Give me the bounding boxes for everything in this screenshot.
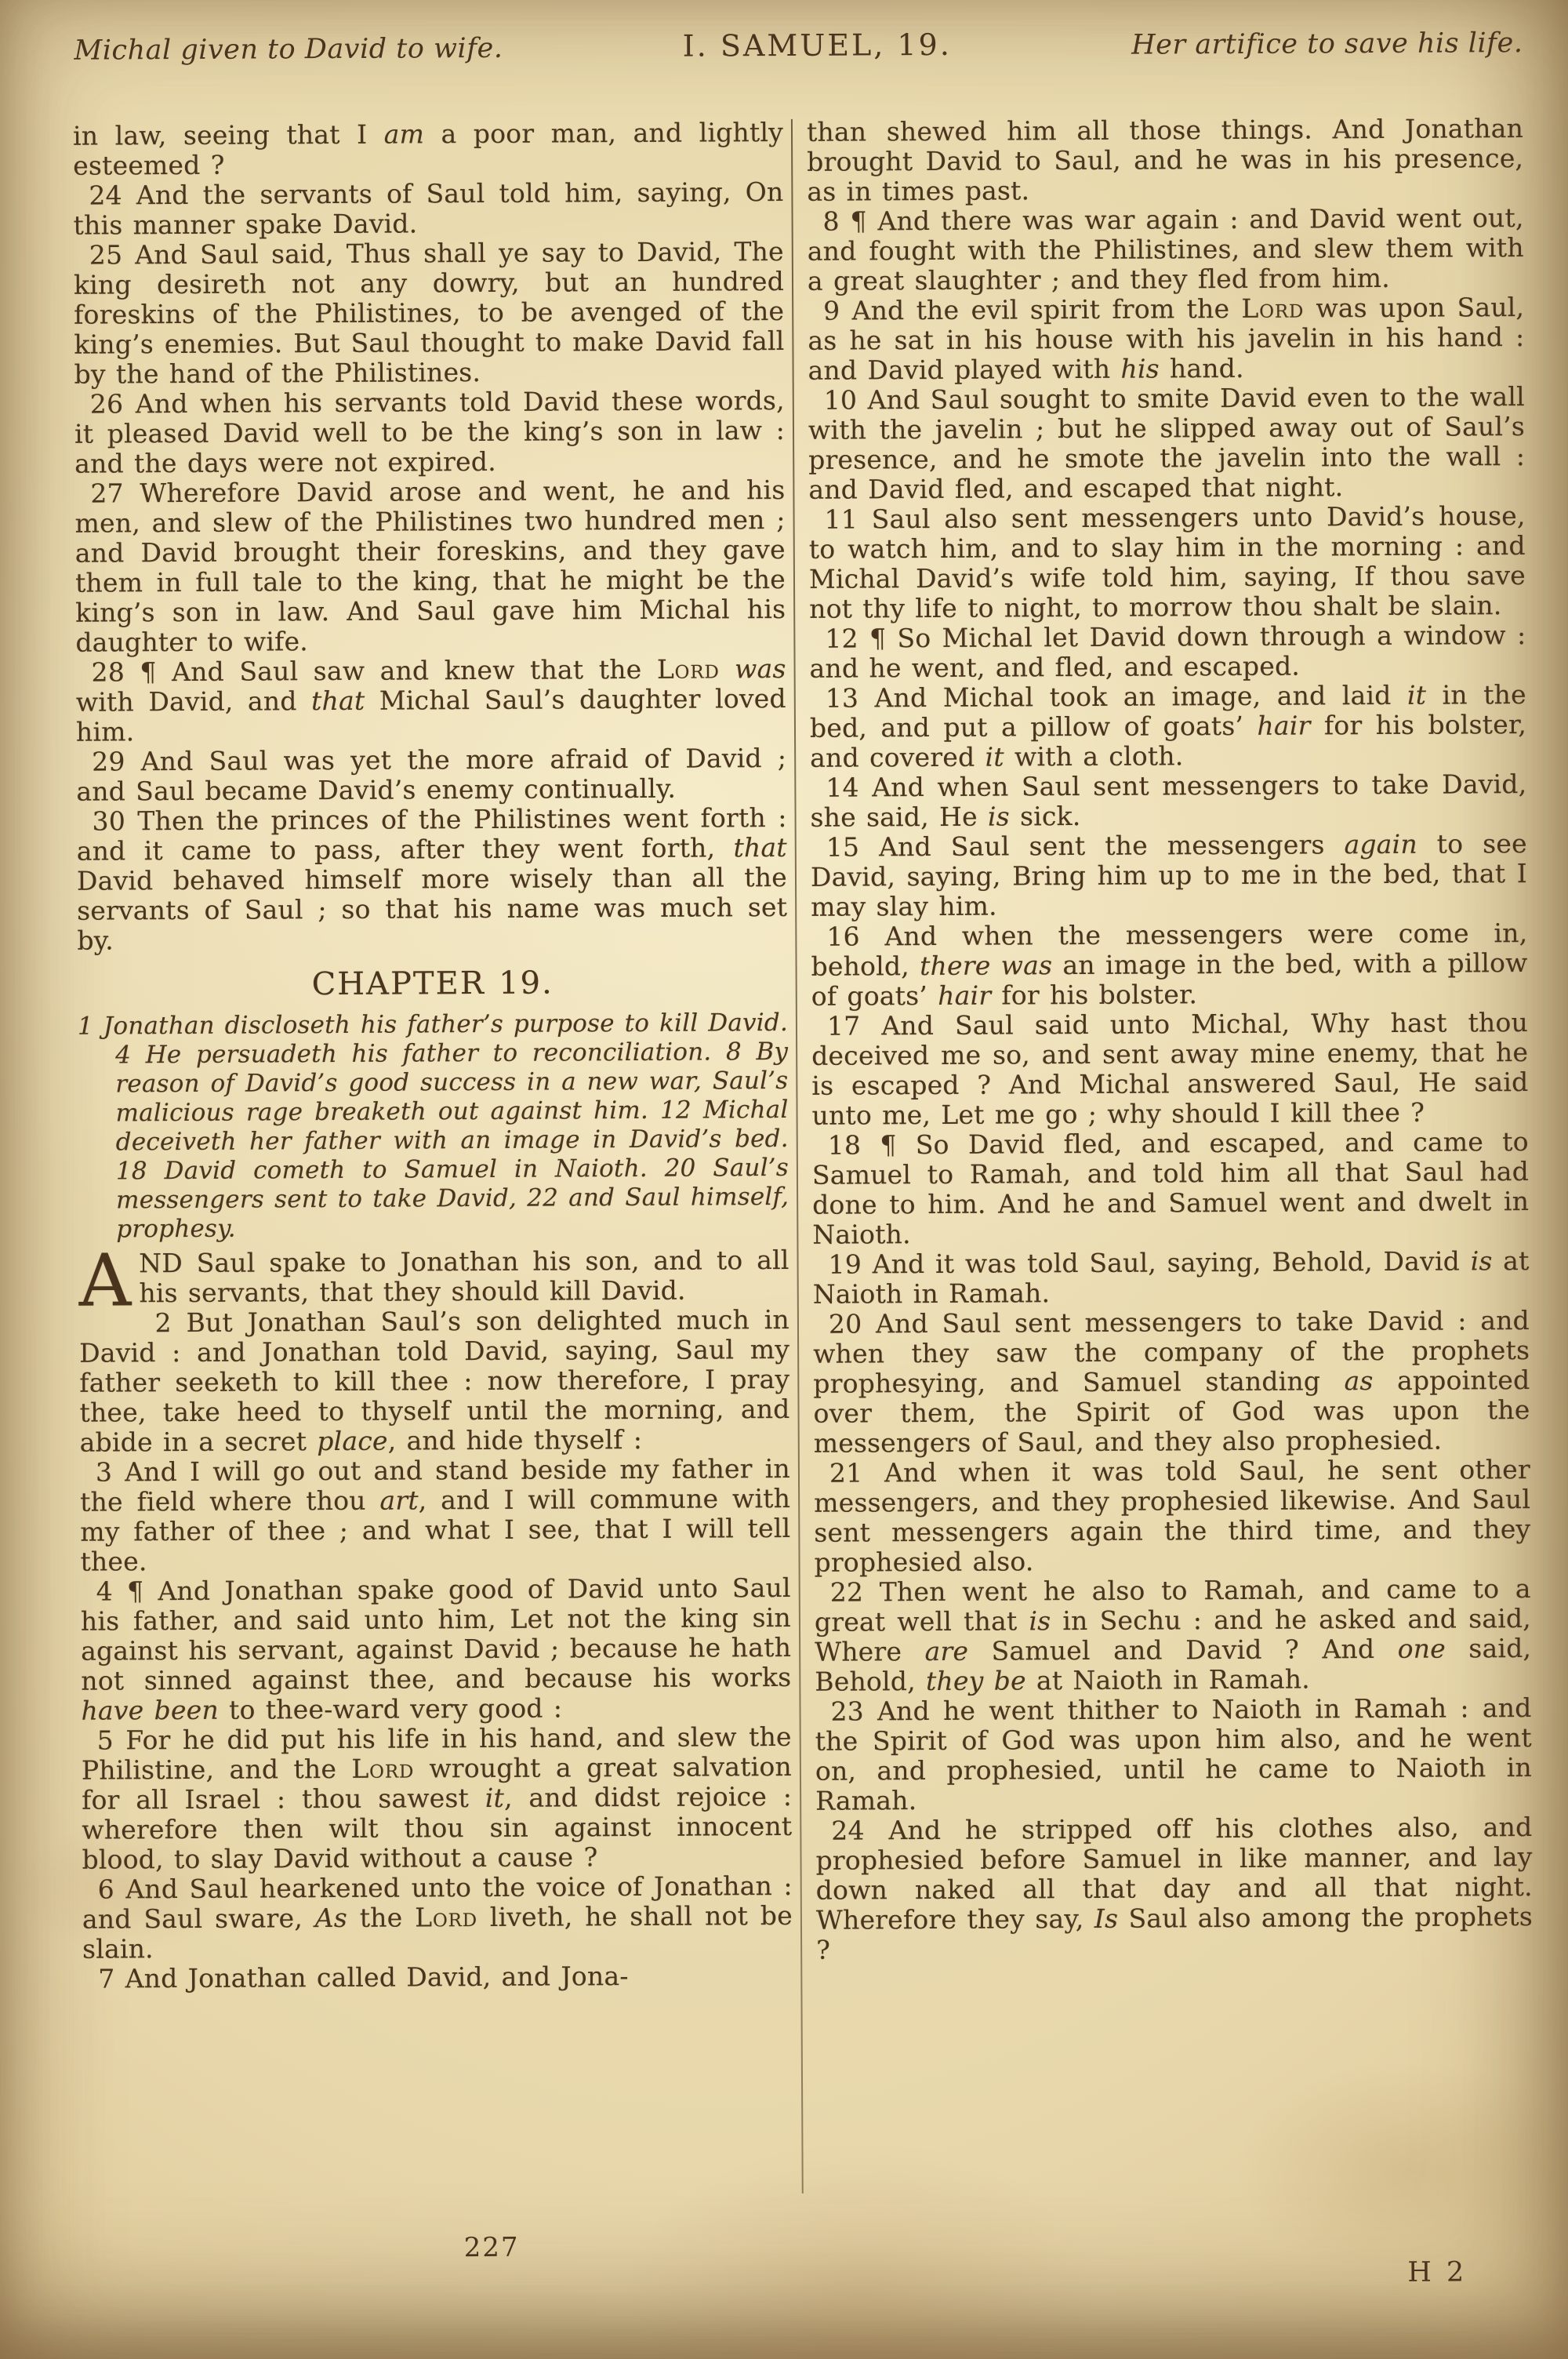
italic-text: it xyxy=(485,1783,504,1813)
italic-text: David cometh to Samuel in Naioth. xyxy=(165,1154,648,1185)
italic-text: Jonathan discloseth his father’s purpose… xyxy=(103,1009,788,1041)
italic-text: hair xyxy=(938,980,991,1011)
italic-text: am xyxy=(384,118,425,149)
italic-text: as xyxy=(1345,1365,1374,1396)
drop-cap: A xyxy=(78,1249,139,1310)
verse-paragraph: 25 And Saul said, Thus shall ye say to D… xyxy=(74,237,785,390)
italic-text: one xyxy=(1398,1634,1446,1664)
italic-text: is xyxy=(1029,1605,1051,1636)
italic-text: is xyxy=(1471,1245,1493,1276)
italic-text: Is xyxy=(1094,1903,1119,1934)
left-column: in law, seeing that I am a poor man, and… xyxy=(73,118,793,1994)
italic-text: it xyxy=(985,742,1004,772)
italic-text: is xyxy=(988,801,1010,831)
italic-text: that xyxy=(311,685,365,716)
italic-text: his xyxy=(1120,353,1160,383)
italic-text: place xyxy=(317,1426,388,1456)
verse-paragraph: 5 For he did put his life in his hand, a… xyxy=(82,1722,793,1875)
italic-text: art xyxy=(379,1485,419,1515)
verse-paragraph: 14 And when Saul sent messengers to take… xyxy=(810,769,1526,833)
right-column: than shewed him all those things. And Jo… xyxy=(807,114,1533,1965)
italic-text: He persuadeth his father to reconciliati… xyxy=(146,1038,712,1069)
verse-text: ND Saul spake to Jonathan his son, and t… xyxy=(139,1245,789,1308)
verse-paragraph: 4 ¶ And Jonathan spake good of David unt… xyxy=(81,1573,792,1726)
verse-paragraph: 9 And the evil spirit from the Lord was … xyxy=(808,293,1525,386)
verse-paragraph: 19 And it was told Saul, saying, Behold,… xyxy=(812,1246,1529,1310)
italic-text: As xyxy=(315,1903,347,1933)
verse-paragraph: 24 And the servants of Saul told him, sa… xyxy=(73,177,783,241)
verse-paragraph: 22 Then went he also to Ramah, and came … xyxy=(815,1574,1532,1697)
italic-text: there was xyxy=(920,950,1052,981)
verse-paragraph: 29 And Saul was yet the more afraid of D… xyxy=(76,743,786,807)
small-caps-lord: Lord xyxy=(1241,293,1304,324)
column-divider xyxy=(791,119,804,2194)
verse-paragraph: 8 ¶ And there was war again : and David … xyxy=(808,203,1525,296)
verse-paragraph: 10 And Saul sought to smite David even t… xyxy=(808,382,1526,505)
italic-text: are xyxy=(924,1636,968,1667)
verse-paragraph: 3 And I will go out and stand beside my … xyxy=(80,1454,791,1577)
verse-paragraph: 7 And Jonathan called David, and Jona- xyxy=(82,1961,793,1994)
italic-text: hair xyxy=(1257,710,1310,740)
italic-text: that xyxy=(733,832,786,863)
italic-text: have been xyxy=(81,1695,219,1726)
verse-paragraph: 23 And he went thither to Naioth in Rama… xyxy=(815,1693,1532,1816)
verse-paragraph: 11 Saul also sent messengers unto David’… xyxy=(808,501,1526,624)
verse-paragraph: 24 And he stripped off his clothes also,… xyxy=(815,1812,1533,1965)
verse-paragraph: 18 ¶ So David fled, and escaped, and cam… xyxy=(812,1127,1530,1250)
verse-paragraph: 30 Then the princes of the Philistines w… xyxy=(76,803,787,956)
page-content: Michal given to David to wife. I. SAMUEL… xyxy=(0,0,1568,2359)
continuation-paragraph: than shewed him all those things. And Jo… xyxy=(807,114,1524,207)
italic-text: it xyxy=(1407,680,1426,711)
verse-paragraph: 6 And Saul hearkened unto the voice of J… xyxy=(82,1871,793,1965)
verse-paragraph: 20 And Saul sent messengers to take Davi… xyxy=(813,1306,1530,1459)
verse-paragraph: 15 And Saul sent the messengers again to… xyxy=(811,829,1528,922)
verse-paragraph: 2 But Jonathan Saul’s son delighted much… xyxy=(79,1305,790,1458)
verse-paragraph: AND Saul spake to Jonathan his son, and … xyxy=(78,1245,789,1309)
verse-paragraph: 17 And Saul said unto Michal, Why hast t… xyxy=(811,1008,1529,1131)
italic-text: again xyxy=(1344,829,1417,860)
italic-text: was xyxy=(735,653,786,684)
small-caps-lord: Lord xyxy=(351,1753,414,1783)
verse-paragraph: 13 And Michal took an image, and laid it… xyxy=(810,680,1527,773)
continuation-paragraph: in law, seeing that I am a poor man, and… xyxy=(73,118,783,181)
italic-text: they be xyxy=(926,1665,1026,1696)
running-head: Michal given to David to wife. I. SAMUEL… xyxy=(74,24,1523,67)
small-caps-lord: Lord xyxy=(657,653,720,684)
running-head-left: Michal given to David to wife. xyxy=(74,33,503,67)
running-head-right: Her artifice to save his life. xyxy=(1131,27,1523,61)
chapter-summary: 1 Jonathan discloseth his father’s purpo… xyxy=(78,1009,789,1245)
running-head-center: I. SAMUEL, 19. xyxy=(683,27,952,64)
verse-paragraph: 12 ¶ So Michal let David down through a … xyxy=(809,620,1526,684)
verse-paragraph: 28 ¶ And Saul saw and knew that the Lord… xyxy=(76,654,787,747)
page-number: 227 xyxy=(374,2231,609,2264)
book-page: Michal given to David to wife. I. SAMUEL… xyxy=(0,0,1568,2359)
verse-paragraph: 26 And when his servants told David thes… xyxy=(74,386,786,479)
small-caps-lord: Lord xyxy=(415,1902,477,1932)
chapter-heading: CHAPTER 19. xyxy=(78,965,788,1003)
verse-paragraph: 21 And when it was told Saul, he sent ot… xyxy=(814,1455,1531,1578)
signature-mark: H 2 xyxy=(1407,2256,1467,2288)
verse-paragraph: 16 And when the messengers were come in,… xyxy=(811,918,1528,1012)
verse-paragraph: 27 Wherefore David arose and went, he an… xyxy=(74,475,786,658)
